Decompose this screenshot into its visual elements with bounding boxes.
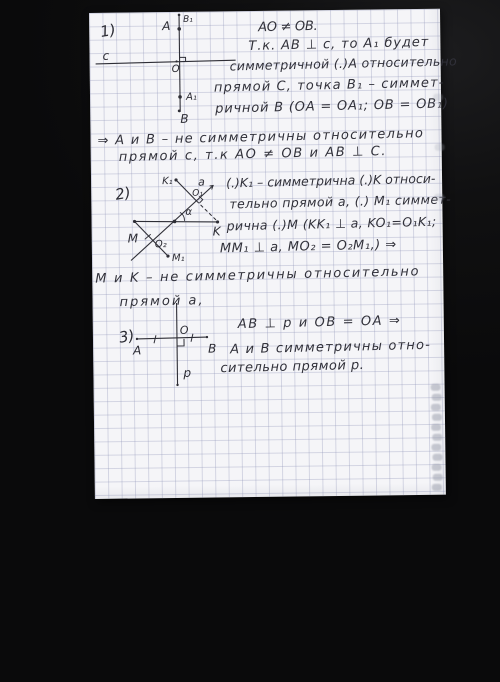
label-M: M [128, 231, 139, 245]
label-K: K [213, 224, 222, 238]
show-through-mark [433, 94, 443, 101]
label-A: A [132, 343, 141, 357]
show-through-mark [431, 444, 441, 451]
show-through-mark [432, 454, 442, 461]
point-B1 [178, 14, 181, 17]
label-B1: B₁ [183, 15, 193, 25]
photo-scene: { "photo": { "background_color": "#0d0d0… [0, 0, 500, 682]
label-A1: A₁ [185, 92, 197, 103]
point-B [206, 336, 208, 338]
segment-A-B [137, 337, 207, 339]
p1-line-5: ричной B (OA = OA₁; OB = OB₁) [215, 96, 449, 116]
point-A [177, 27, 181, 31]
p3-line-2: A и B симметричны отно- [230, 338, 431, 358]
label-O2: O₂ [155, 239, 167, 250]
show-through-mark [431, 424, 441, 431]
show-through-mark [432, 484, 442, 491]
label-B: B [208, 341, 216, 355]
point-p-end [176, 384, 178, 386]
show-through-mark [431, 384, 441, 391]
show-through-mark [433, 474, 443, 481]
p1-line-2: Т.к. AB ⊥ c, то A₁ будет [248, 35, 429, 54]
p3-line-3: сительно прямой p. [220, 358, 364, 376]
notebook-page: 1) B₁ A c O A₁ B AO ≠ OB. Т.к. AB ⊥ c, т… [89, 9, 446, 499]
line-p [177, 303, 178, 385]
p1-line-3: симметричной (.)A относительно [229, 53, 457, 73]
label-O: O [180, 324, 189, 337]
label-O: O [172, 64, 180, 75]
segment-O1-K-dashed [196, 200, 217, 221]
label-alpha: α [185, 207, 192, 218]
show-through-mark [432, 414, 442, 421]
p2-line-2: тельно прямой a, (.) M₁ симмет- [229, 191, 451, 211]
show-through-mark [431, 404, 441, 411]
point-A [136, 338, 138, 340]
show-through-mark [432, 394, 442, 401]
show-through-mark [434, 194, 444, 201]
label-A: A [161, 19, 170, 33]
congruence-tick-left [154, 335, 156, 343]
problem-3-diagram: O A B p [126, 296, 222, 392]
p2-line-4: MM₁ ⊥ a, MO₂ = O₂M₁,) ⇒ [220, 237, 397, 256]
show-through-mark [432, 434, 442, 441]
label-a: a [198, 176, 205, 189]
label-K1: K₁ [162, 176, 173, 187]
angle-alpha-arc [180, 212, 185, 221]
p2-line-1: (.)K₁ – симметрична (.)K относи- [226, 171, 436, 191]
label-B: B [180, 112, 188, 126]
label-p: p [182, 366, 191, 380]
label-M1: M₁ [172, 253, 185, 264]
show-through-mark [432, 464, 442, 471]
point-K [216, 220, 219, 223]
p3-line-1: AB ⊥ p и OB = OA ⇒ [238, 313, 402, 332]
line-c [96, 60, 236, 64]
show-through-mark [435, 144, 445, 151]
p2-line-3: рична (.)M (KK₁ ⊥ a, KO₁=O₁K₁; [226, 214, 436, 234]
point-A1 [178, 95, 182, 99]
right-angle-mark [177, 339, 184, 346]
label-O1: O₁ [192, 189, 203, 199]
label-c: c [102, 49, 109, 63]
p1-line-1: AO ≠ OB. [258, 19, 317, 35]
